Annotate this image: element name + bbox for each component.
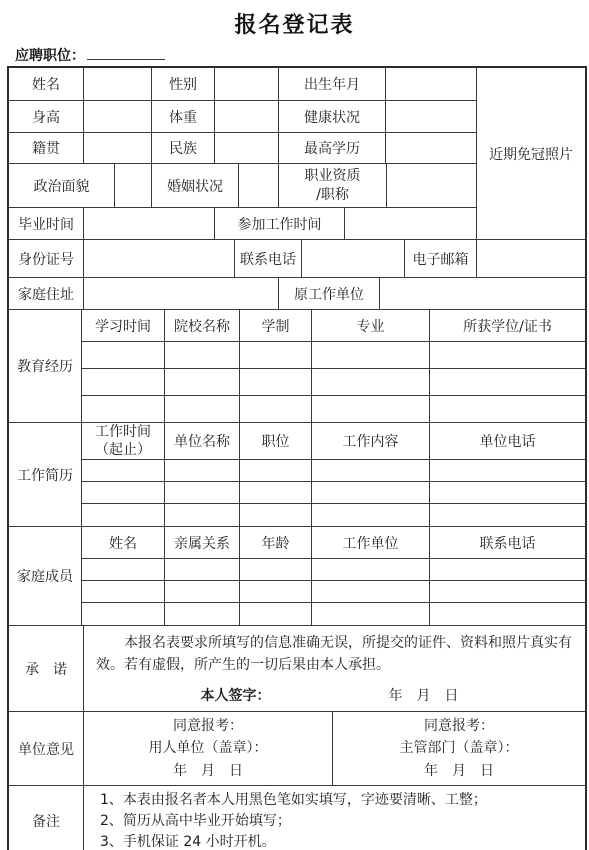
education-cell-blank <box>312 369 430 395</box>
work-section: 工作简历 工作时间 （起止） 单位名称 职位 工作内容 单位电话 <box>9 423 585 527</box>
basic-info-section: 姓名 性别 出生年月 身高 体重 健康状况 籍贯 <box>9 68 585 240</box>
health-value-blank <box>386 101 476 132</box>
education-header-duration: 学制 <box>240 310 312 341</box>
work-header-company: 单位名称 <box>165 423 240 459</box>
department-opinion-cell: 同意报考： 主管部门（盖章）： 年 月 日 <box>333 712 585 785</box>
photo-label: 近期免冠照片 <box>489 144 573 164</box>
work-empty-row <box>82 482 585 504</box>
family-cell-blank <box>430 559 585 580</box>
previous-employer-label: 原工作单位 <box>279 278 380 309</box>
commitment-label: 承 诺 <box>9 626 84 711</box>
work-header-row: 工作时间 （起止） 单位名称 职位 工作内容 单位电话 <box>82 423 585 460</box>
height-label: 身高 <box>9 101 84 132</box>
unit-opinion-label: 单位意见 <box>9 712 84 785</box>
family-cell-blank <box>430 581 585 602</box>
work-start-time-value-blank <box>345 208 476 239</box>
education-cell-blank <box>82 396 165 422</box>
education-cell-blank <box>430 342 585 368</box>
highest-education-value-blank <box>386 133 476 163</box>
department-seal-line: 主管部门（盖章）： <box>400 737 519 759</box>
work-start-time-label: 参加工作时间 <box>215 208 345 239</box>
row-address-employer: 家庭住址 原工作单位 <box>9 278 585 310</box>
row-graduation-workstart: 毕业时间 参加工作时间 <box>9 208 476 239</box>
name-value-blank <box>84 68 152 100</box>
commitment-section: 承 诺 本报名表要求所填写的信息准确无误，所提交的证件、资料和照片真实有效。若有… <box>9 626 585 712</box>
row-id-phone-email: 身份证号 联系电话 电子邮箱 <box>9 240 585 278</box>
family-empty-row <box>82 559 585 581</box>
name-label: 姓名 <box>9 68 84 100</box>
family-cell-blank <box>430 603 585 625</box>
professional-title-value-blank <box>387 164 476 207</box>
employer-date-line: 年 月 日 <box>173 760 243 782</box>
department-date-line: 年 月 日 <box>424 760 494 782</box>
row-native-ethnic-education: 籍贯 民族 最高学历 <box>9 133 476 164</box>
family-cell-blank <box>82 559 165 580</box>
family-section: 家庭成员 姓名 亲属关系 年龄 工作单位 联系电话 <box>9 527 585 626</box>
family-cell-blank <box>240 559 312 580</box>
education-header-row: 学习时间 院校名称 学制 专业 所获学位/证书 <box>82 310 585 342</box>
work-cell-blank <box>165 504 240 526</box>
signature-date-blanks: 年 月 日 <box>389 685 459 705</box>
health-label: 健康状况 <box>279 101 386 132</box>
photo-cell: 近期免冠照片 <box>476 68 585 239</box>
basic-info-left: 姓名 性别 出生年月 身高 体重 健康状况 籍贯 <box>9 68 476 239</box>
gender-label: 性别 <box>152 68 215 100</box>
department-approve-line: 同意报考： <box>424 715 494 737</box>
education-empty-row <box>82 369 585 396</box>
work-section-label: 工作简历 <box>9 423 82 526</box>
work-cell-blank <box>82 460 165 481</box>
work-cell-blank <box>240 504 312 526</box>
weight-value-blank <box>215 101 279 132</box>
remarks-item-1: 1、本表由报名者本人用黑色笔如实填写，字迹要清晰、工整； <box>100 790 487 811</box>
work-cell-blank <box>430 482 585 503</box>
employer-seal-line: 用人单位（盖章）： <box>149 737 268 759</box>
commitment-text: 本报名表要求所填写的信息准确无误，所提交的证件、资料和照片真实有效。若有虚假，所… <box>96 633 575 676</box>
employer-approve-line: 同意报考： <box>173 715 243 737</box>
row-height-weight-health: 身高 体重 健康状况 <box>9 101 476 133</box>
family-header-relation: 亲属关系 <box>165 527 240 558</box>
work-cell-blank <box>312 504 430 526</box>
gender-value-blank <box>215 68 279 100</box>
education-cell-blank <box>165 396 240 422</box>
application-form-page: 报名登记表 应聘职位： 姓名 性别 出生年月 身高 体重 <box>0 0 589 850</box>
education-header-school: 院校名称 <box>165 310 240 341</box>
work-header-phone: 单位电话 <box>430 423 585 459</box>
family-cell-blank <box>82 581 165 602</box>
work-cell-blank <box>165 460 240 481</box>
height-value-blank <box>84 101 152 132</box>
political-status-label: 政治面貌 <box>9 164 115 207</box>
work-cell-blank <box>240 460 312 481</box>
remarks-item-3: 3、手机保证 24 小时开机。 <box>100 832 276 850</box>
family-cell-blank <box>312 581 430 602</box>
family-header-age: 年龄 <box>240 527 312 558</box>
work-header-duties: 工作内容 <box>312 423 430 459</box>
family-header-name: 姓名 <box>82 527 165 558</box>
family-cell-blank <box>82 603 165 625</box>
highest-education-label: 最高学历 <box>279 133 386 163</box>
contact-phone-value-blank <box>302 240 405 277</box>
position-label: 应聘职位： <box>15 48 85 64</box>
commitment-content: 本报名表要求所填写的信息准确无误，所提交的证件、资料和照片真实有效。若有虚假，所… <box>84 626 585 711</box>
remarks-content: 1、本表由报名者本人用黑色笔如实填写，字迹要清晰、工整； 2、简历从高中毕业开始… <box>84 786 585 850</box>
work-empty-row <box>82 460 585 482</box>
position-blank-line <box>87 47 165 60</box>
family-cell-blank <box>240 581 312 602</box>
row-name-gender-birth: 姓名 性别 出生年月 <box>9 68 476 101</box>
id-number-value-blank <box>84 240 235 277</box>
education-cell-blank <box>82 369 165 395</box>
family-header-workunit: 工作单位 <box>312 527 430 558</box>
family-cell-blank <box>312 559 430 580</box>
work-cell-blank <box>430 460 585 481</box>
education-cell-blank <box>240 369 312 395</box>
work-cell-blank <box>82 482 165 503</box>
birth-date-label: 出生年月 <box>279 68 386 100</box>
education-header-degree: 所获学位/证书 <box>430 310 585 341</box>
marital-status-label: 婚姻状况 <box>152 164 239 207</box>
native-place-label: 籍贯 <box>9 133 84 163</box>
education-cell-blank <box>312 342 430 368</box>
work-cell-blank <box>312 482 430 503</box>
ethnicity-value-blank <box>215 133 279 163</box>
work-cell-blank <box>240 482 312 503</box>
work-empty-row <box>82 504 585 526</box>
education-empty-row <box>82 396 585 422</box>
email-label: 电子邮箱 <box>405 240 477 277</box>
political-status-value-blank <box>115 164 152 207</box>
education-cell-blank <box>240 342 312 368</box>
education-header-major: 专业 <box>312 310 430 341</box>
remarks-item-2: 2、简历从高中毕业开始填写； <box>100 811 291 832</box>
education-cell-blank <box>430 396 585 422</box>
family-cell-blank <box>165 559 240 580</box>
signature-label: 本人签字： <box>201 685 271 705</box>
family-cell-blank <box>312 603 430 625</box>
professional-title-label: 职业资质 /职称 <box>279 164 387 207</box>
previous-employer-value-blank <box>380 278 585 309</box>
graduation-time-value-blank <box>84 208 215 239</box>
family-cell-blank <box>240 603 312 625</box>
email-value-blank <box>477 240 585 277</box>
row-political-marital-title: 政治面貌 婚姻状况 职业资质 /职称 <box>9 164 476 208</box>
unit-opinion-section: 单位意见 同意报考： 用人单位（盖章）： 年 月 日 同意报考： 主管部门（盖章… <box>9 712 585 786</box>
work-header-position: 职位 <box>240 423 312 459</box>
employer-opinion-cell: 同意报考： 用人单位（盖章）： 年 月 日 <box>84 712 333 785</box>
remarks-section: 备注 1、本表由报名者本人用黑色笔如实填写，字迹要清晰、工整； 2、简历从高中毕… <box>9 786 585 850</box>
family-cell-blank <box>165 581 240 602</box>
work-cell-blank <box>430 504 585 526</box>
position-line: 应聘职位： <box>15 45 589 63</box>
family-section-label: 家庭成员 <box>9 527 82 625</box>
education-section: 教育经历 学习时间 院校名称 学制 专业 所获学位/证书 <box>9 310 585 423</box>
graduation-time-label: 毕业时间 <box>9 208 84 239</box>
marital-status-value-blank <box>239 164 279 207</box>
work-cell-blank <box>82 504 165 526</box>
page-title: 报名登记表 <box>0 8 589 39</box>
family-cell-blank <box>165 603 240 625</box>
work-header-period: 工作时间 （起止） <box>82 423 165 459</box>
form-table: 姓名 性别 出生年月 身高 体重 健康状况 籍贯 <box>7 66 587 850</box>
education-cell-blank <box>240 396 312 422</box>
education-empty-row <box>82 342 585 369</box>
work-table: 工作时间 （起止） 单位名称 职位 工作内容 单位电话 <box>82 423 585 526</box>
work-cell-blank <box>312 460 430 481</box>
work-cell-blank <box>165 482 240 503</box>
commitment-signature-row: 本人签字： 年 月 日 <box>201 685 471 705</box>
birth-date-value-blank <box>386 68 476 100</box>
education-table: 学习时间 院校名称 学制 专业 所获学位/证书 <box>82 310 585 422</box>
education-cell-blank <box>312 396 430 422</box>
family-header-row: 姓名 亲属关系 年龄 工作单位 联系电话 <box>82 527 585 559</box>
education-cell-blank <box>82 342 165 368</box>
contact-phone-label: 联系电话 <box>235 240 302 277</box>
education-header-period: 学习时间 <box>82 310 165 341</box>
home-address-value-blank <box>84 278 279 309</box>
family-header-phone: 联系电话 <box>430 527 585 558</box>
family-empty-row <box>82 603 585 625</box>
weight-label: 体重 <box>152 101 215 132</box>
education-cell-blank <box>165 342 240 368</box>
remarks-label: 备注 <box>9 786 84 850</box>
native-place-value-blank <box>84 133 152 163</box>
ethnicity-label: 民族 <box>152 133 215 163</box>
id-number-label: 身份证号 <box>9 240 84 277</box>
family-empty-row <box>82 581 585 603</box>
education-cell-blank <box>430 369 585 395</box>
home-address-label: 家庭住址 <box>9 278 84 309</box>
education-section-label: 教育经历 <box>9 310 82 422</box>
education-cell-blank <box>165 369 240 395</box>
family-table: 姓名 亲属关系 年龄 工作单位 联系电话 <box>82 527 585 625</box>
